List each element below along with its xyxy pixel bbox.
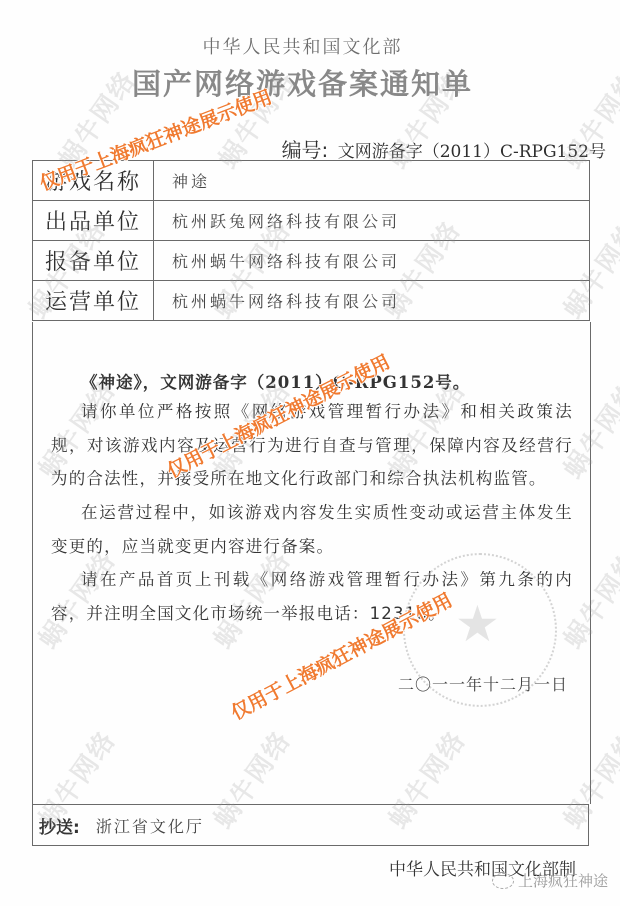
row-label: 游戏名称 (33, 161, 154, 201)
table-row-publisher: 出品单位 杭州跃兔网络科技有限公司 (33, 201, 590, 241)
row-label: 运营单位 (33, 281, 154, 321)
notice-body: 《神途》，文网游备字（2011）C-RPG152号。 请你单位严格按照《网络游戏… (32, 322, 591, 804)
row-label: 出品单位 (33, 201, 154, 241)
document-number: 编号: 文网游备字（2011）C-RPG152号 (282, 134, 606, 163)
document-page: 中华人民共和国文化部 国产网络游戏备案通知单 编号: 文网游备字（2011）C-… (0, 0, 620, 906)
document-number-label: 编号: (282, 138, 329, 162)
account-name: 上海疯狂神途 (518, 870, 608, 891)
wechat-icon (492, 873, 514, 889)
table-row-operator: 运营单位 杭州蜗牛网络科技有限公司 (33, 281, 590, 321)
row-value: 杭州跃兔网络科技有限公司 (154, 201, 590, 241)
seal-star-icon: ★ (455, 595, 500, 653)
row-value: 杭州蜗牛网络科技有限公司 (154, 241, 590, 281)
paragraph-change-filing: 在运营过程中，如该游戏内容发生实质性变动或运营主体发生变更的，应当就变更内容进行… (51, 496, 573, 563)
cc-label: 抄送: (39, 813, 80, 838)
info-table: 游戏名称 神途 出品单位 杭州跃兔网络科技有限公司 报备单位 杭州蜗牛网络科技有… (32, 160, 590, 321)
table-row-game-name: 游戏名称 神途 (33, 161, 590, 201)
ministry-name: 中华人民共和国文化部 (0, 33, 605, 59)
issue-date: 二〇一一年十二月一日 (398, 672, 568, 695)
paragraph-compliance: 请你单位严格按照《网络游戏管理暂行办法》和相关政策法规，对该游戏内容及运营行为进… (51, 395, 573, 496)
table-row-filer: 报备单位 杭州蜗牛网络科技有限公司 (33, 241, 590, 281)
row-value: 杭州蜗牛网络科技有限公司 (154, 281, 590, 321)
row-value: 神途 (154, 161, 590, 201)
document-number-value: 文网游备字（2011）C-RPG152号 (338, 142, 606, 162)
cc-row: 抄送: 浙江省文化厅 (32, 804, 589, 846)
row-label: 报备单位 (33, 241, 154, 281)
cc-value: 浙江省文化厅 (96, 814, 204, 837)
account-watermark: 上海疯狂神途 (492, 870, 608, 891)
document-title: 国产网络游戏备案通知单 (0, 62, 605, 103)
